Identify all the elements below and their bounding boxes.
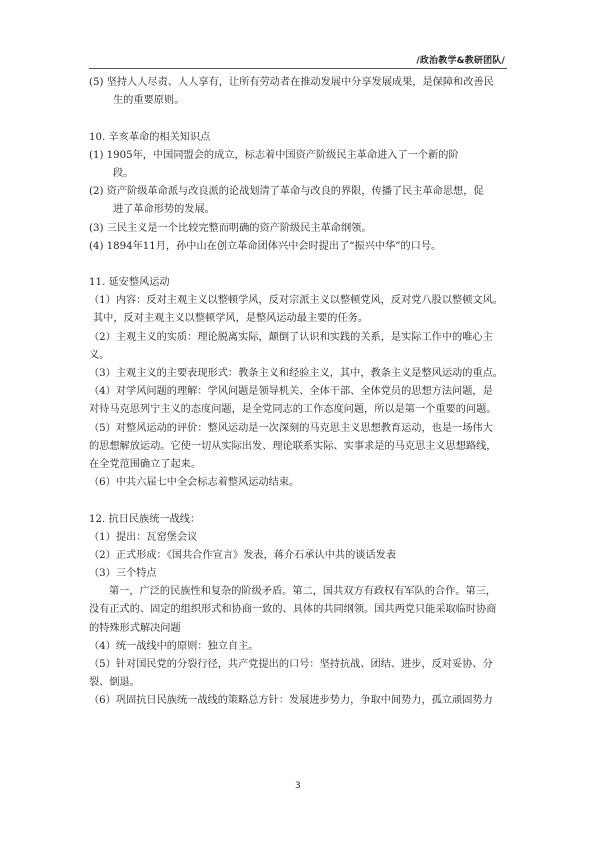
list-item-continuation: 在全党范围确立了起来。: [89, 456, 509, 474]
list-item-continuation: 其中，反对主观主义以整顿学风，是整风运动最主要的任务。: [89, 310, 509, 328]
paragraph-line: 没有正式的、固定的组织形式和协商一致的、具体的共同纲领。国共两党只能采取临时协商: [89, 601, 509, 619]
list-item: （4）对学风问题的理解：学风问题是领导机关、全体干部、全体党员的思想方法问题，是: [89, 383, 509, 401]
page-header: /政治教学&教研团队/: [416, 53, 505, 66]
list-item: （4）统一战线中的原则：独立自主。: [89, 638, 509, 656]
list-item-continuation: 对待马克思列宁主义的态度问题，是全党同志的工作态度问题，所以是第一个重要的问题。: [89, 401, 509, 419]
section-heading: 10. 辛亥革命的相关知识点: [89, 129, 509, 147]
paragraph-line: 的特殊形式解决问题: [89, 620, 509, 638]
document-body: (5) 坚持人人尽责、人人享有，让所有劳动者在推动发展中分享发展成果，是保障和改…: [89, 74, 509, 711]
list-item: （3）三个特点: [89, 565, 509, 583]
list-item: （3）主观主义的主要表现形式：教条主义和经验主义，其中，教条主义是整风运动的重点…: [89, 365, 509, 383]
list-item: （2）正式形成：《国共合作宣言》发表，蒋介石承认中共的谈话发表: [89, 547, 509, 565]
list-item-continuation: 裂、倒退。: [89, 674, 509, 692]
list-item-continuation: 的思想解放运动。它使一切从实际出发、理论联系实际、实事求是的马克思主义思想路线，: [89, 438, 509, 456]
list-item-continuation: 进了革命形势的发展。: [89, 201, 509, 219]
list-item: （1）内容：反对主观主义以整顿学风，反对宗派主义以整顿党风，反对党八股以整顿文风…: [89, 292, 509, 310]
list-item: （5）针对国民党的分裂行径，共产党提出的口号：坚持抗战、团结、进步，反对妥协、分: [89, 656, 509, 674]
header-divider: [89, 68, 507, 69]
list-item: (1) 1905年，中国同盟会的成立，标志着中国资产阶级民主革命进入了一个新的阶: [89, 147, 509, 165]
list-item: （6）中共六届七中全会标志着整风运动结束。: [89, 474, 509, 492]
paragraph-line: 第一，广泛的民族性和复杂的阶级矛盾。第二，国共双方有政权有军队的合作。第三，: [89, 583, 509, 601]
list-item: （5）对整风运动的评价：整风运动是一次深刻的马克思主义思想教育运动，也是一场伟大: [89, 420, 509, 438]
list-item-continuation: 义。: [89, 347, 509, 365]
list-item: （6）巩固抗日民族统一战线的策略总方针：发展进步势力，争取中间势力，孤立顽固势力: [89, 692, 509, 710]
list-item: (3) 三民主义是一个比较完整而明确的资产阶级民主革命纲领。: [89, 220, 509, 238]
list-item-continuation: 段。: [89, 165, 509, 183]
list-item: (2) 资产阶级革命派与改良派的论战划清了革命与改良的界限，传播了民主革命思想，…: [89, 183, 509, 201]
page-number: 3: [295, 781, 301, 791]
list-item: （2）主观主义的实质：理论脱离实际，颠倒了认识和实践的关系，是实际工作中的唯心主: [89, 329, 509, 347]
section-heading: 11. 延安整风运动: [89, 274, 509, 292]
list-item: (5) 坚持人人尽责、人人享有，让所有劳动者在推动发展中分享发展成果，是保障和改…: [89, 74, 509, 92]
section-heading: 12. 抗日民族统一战线：: [89, 511, 509, 529]
list-item: （1）提出：瓦窑堡会议: [89, 529, 509, 547]
list-item: (4) 1894年11月，孙中山在创立革命团体兴中会时提出了“振兴中华”的口号。: [89, 238, 509, 256]
list-item-continuation: 生的重要原则。: [89, 92, 509, 110]
